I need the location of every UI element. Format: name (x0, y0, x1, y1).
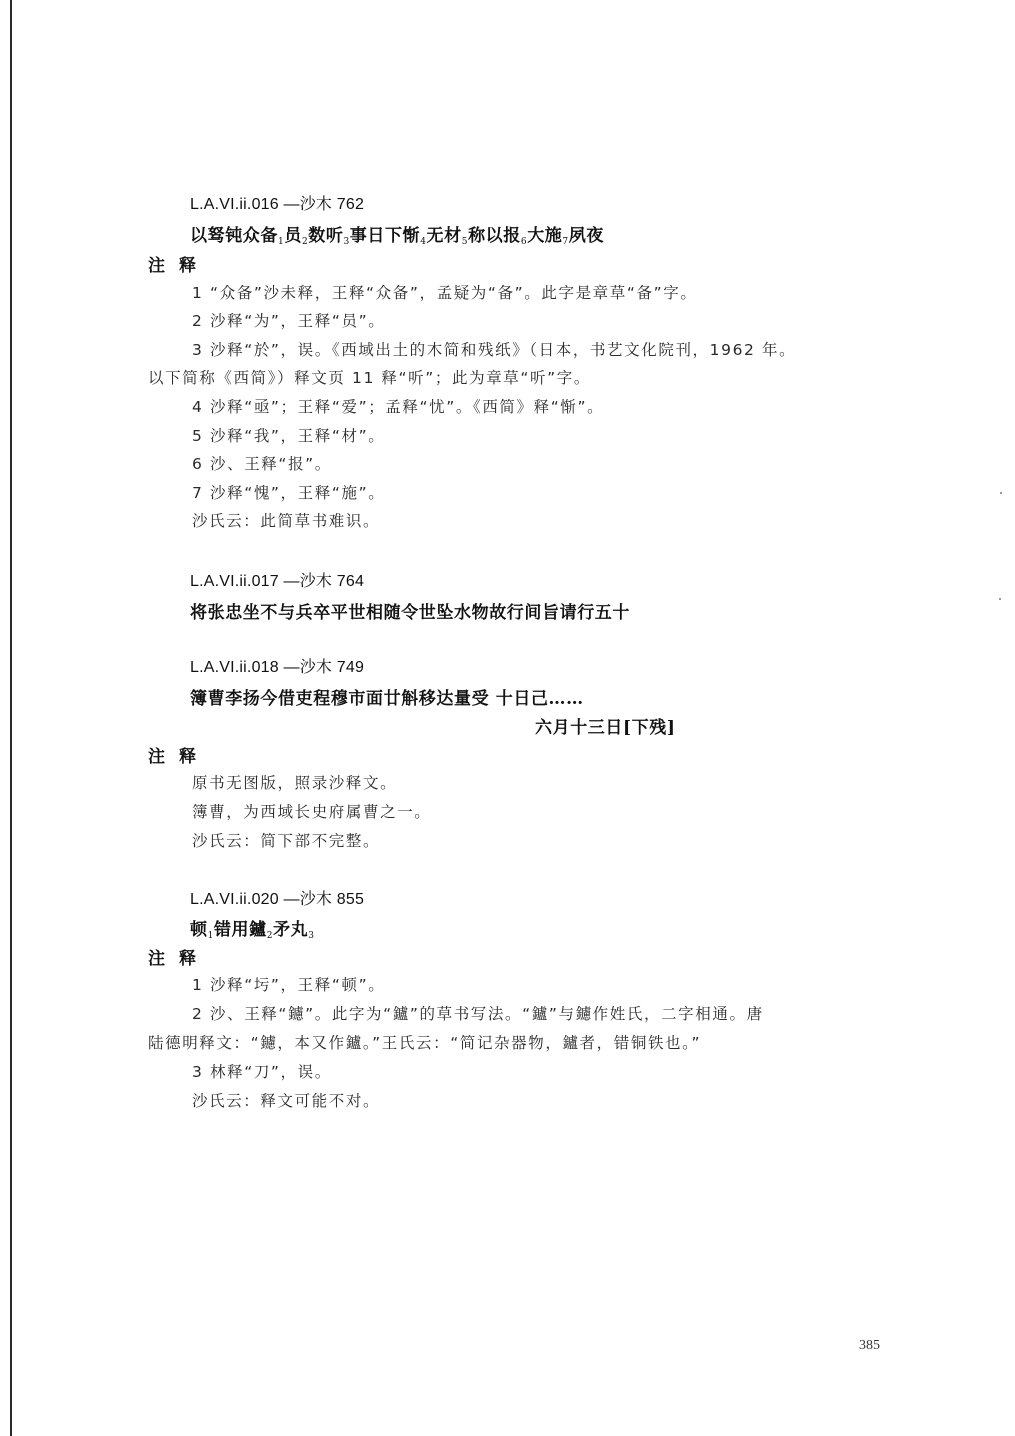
notes-heading: 注释 (148, 944, 196, 969)
entry-id: L.A.VI.ii.020 —沙木 855 (190, 886, 364, 909)
text-segment: 称以报 (468, 226, 521, 246)
notes-heading-char: 注 (148, 256, 165, 276)
entry-id: L.A.VI.ii.017 —沙木 764 (190, 568, 364, 591)
note-line: 沙氏云：释文可能不对。 (192, 1089, 380, 1111)
note-line: 沙氏云：简下部不完整。 (192, 829, 380, 851)
entry-id: L.A.VI.ii.018 —沙木 749 (190, 654, 364, 677)
entry-id: L.A.VI.ii.016 —沙木 762 (190, 191, 364, 214)
note-line: 5 沙释“我”，王释“材”。 (192, 424, 385, 446)
text-segment: 夙夜 (569, 226, 604, 246)
note-line: 3 沙释“於”，误。《西域出土的木简和残纸》（日本，书艺文化院刊，1962 年。 (192, 338, 796, 360)
note-line-continued: 以下简称《西简》）释文页 11 释“听”；此为章草“听”字。 (148, 366, 591, 388)
notes-heading-char: 释 (179, 949, 196, 969)
text-segment: 矛丸 (273, 920, 308, 940)
text-segment: 数听 (308, 226, 343, 246)
text-segment: 顿 (190, 920, 208, 940)
text-segment: 大施 (527, 226, 562, 246)
entry-transcription: 以驽钝众备1员2数听3事日下惭4无材5称以报6大施7夙夜 (190, 221, 604, 247)
text-segment: 员 (284, 226, 302, 246)
note-marker: 3 (308, 931, 314, 941)
scan-speck (999, 598, 1001, 600)
entry-transcription-date: 六月十三日[下残] (535, 713, 676, 738)
note-line: 1 “众备”沙未释，王释“众备”，孟疑为“备”。此字是章草“备”字。 (192, 281, 697, 303)
note-line: 3 林释“刀”，误。 (192, 1060, 332, 1082)
text-segment: 错用鑪 (214, 920, 267, 940)
note-line: 2 沙释“为”，王释“员”。 (192, 309, 385, 331)
note-line: 6 沙、王释“报”。 (192, 452, 332, 474)
note-line: 2 沙、王释“鑢”。此字为“鑪”的草书写法。“鑪”与鑢作姓氏，二字相通。唐 (192, 1002, 764, 1024)
notes-heading-char: 释 (179, 747, 196, 767)
page-number: 385 (859, 1338, 880, 1354)
notes-heading-char: 注 (148, 747, 165, 767)
note-line: 原书无图版，照录沙释文。 (192, 771, 397, 793)
notes-heading: 注释 (148, 742, 196, 767)
entry-transcription: 将张忠坐不与兵卒平世相随令世坠水物故行间旨请行五十 (190, 598, 630, 623)
scan-speck (1000, 492, 1002, 494)
note-line: 7 沙释“愧”，王释“施”。 (192, 481, 385, 503)
text-segment: 事日下惭 (350, 226, 420, 246)
page-binding-edge (10, 0, 12, 1436)
entry-transcription: 簿曹李扬今借吏程穆市面廿斛移达量受 十日己…… (190, 684, 584, 709)
note-line: 4 沙释“亟”；王释“爱”；孟释“忧”。《西简》释“惭”。 (192, 395, 604, 417)
note-line: 1 沙释“圬”，王释“顿”。 (192, 973, 385, 995)
text-segment: 无材 (427, 226, 462, 246)
text-segment: 以驽钝众备 (190, 226, 278, 246)
notes-heading-char: 注 (148, 949, 165, 969)
notes-heading-char: 释 (179, 256, 196, 276)
note-line: 簿曹，为西域长史府属曹之一。 (192, 800, 431, 822)
notes-heading: 注释 (148, 251, 196, 276)
note-line: 沙氏云：此简草书难识。 (192, 509, 380, 531)
entry-transcription: 顿1错用鑪2矛丸3 (190, 915, 315, 941)
note-line-continued: 陆德明释文：“鑢，本又作鑪。”王氏云：“简记杂器物，鑪者，错铜铁也。” (148, 1031, 701, 1053)
